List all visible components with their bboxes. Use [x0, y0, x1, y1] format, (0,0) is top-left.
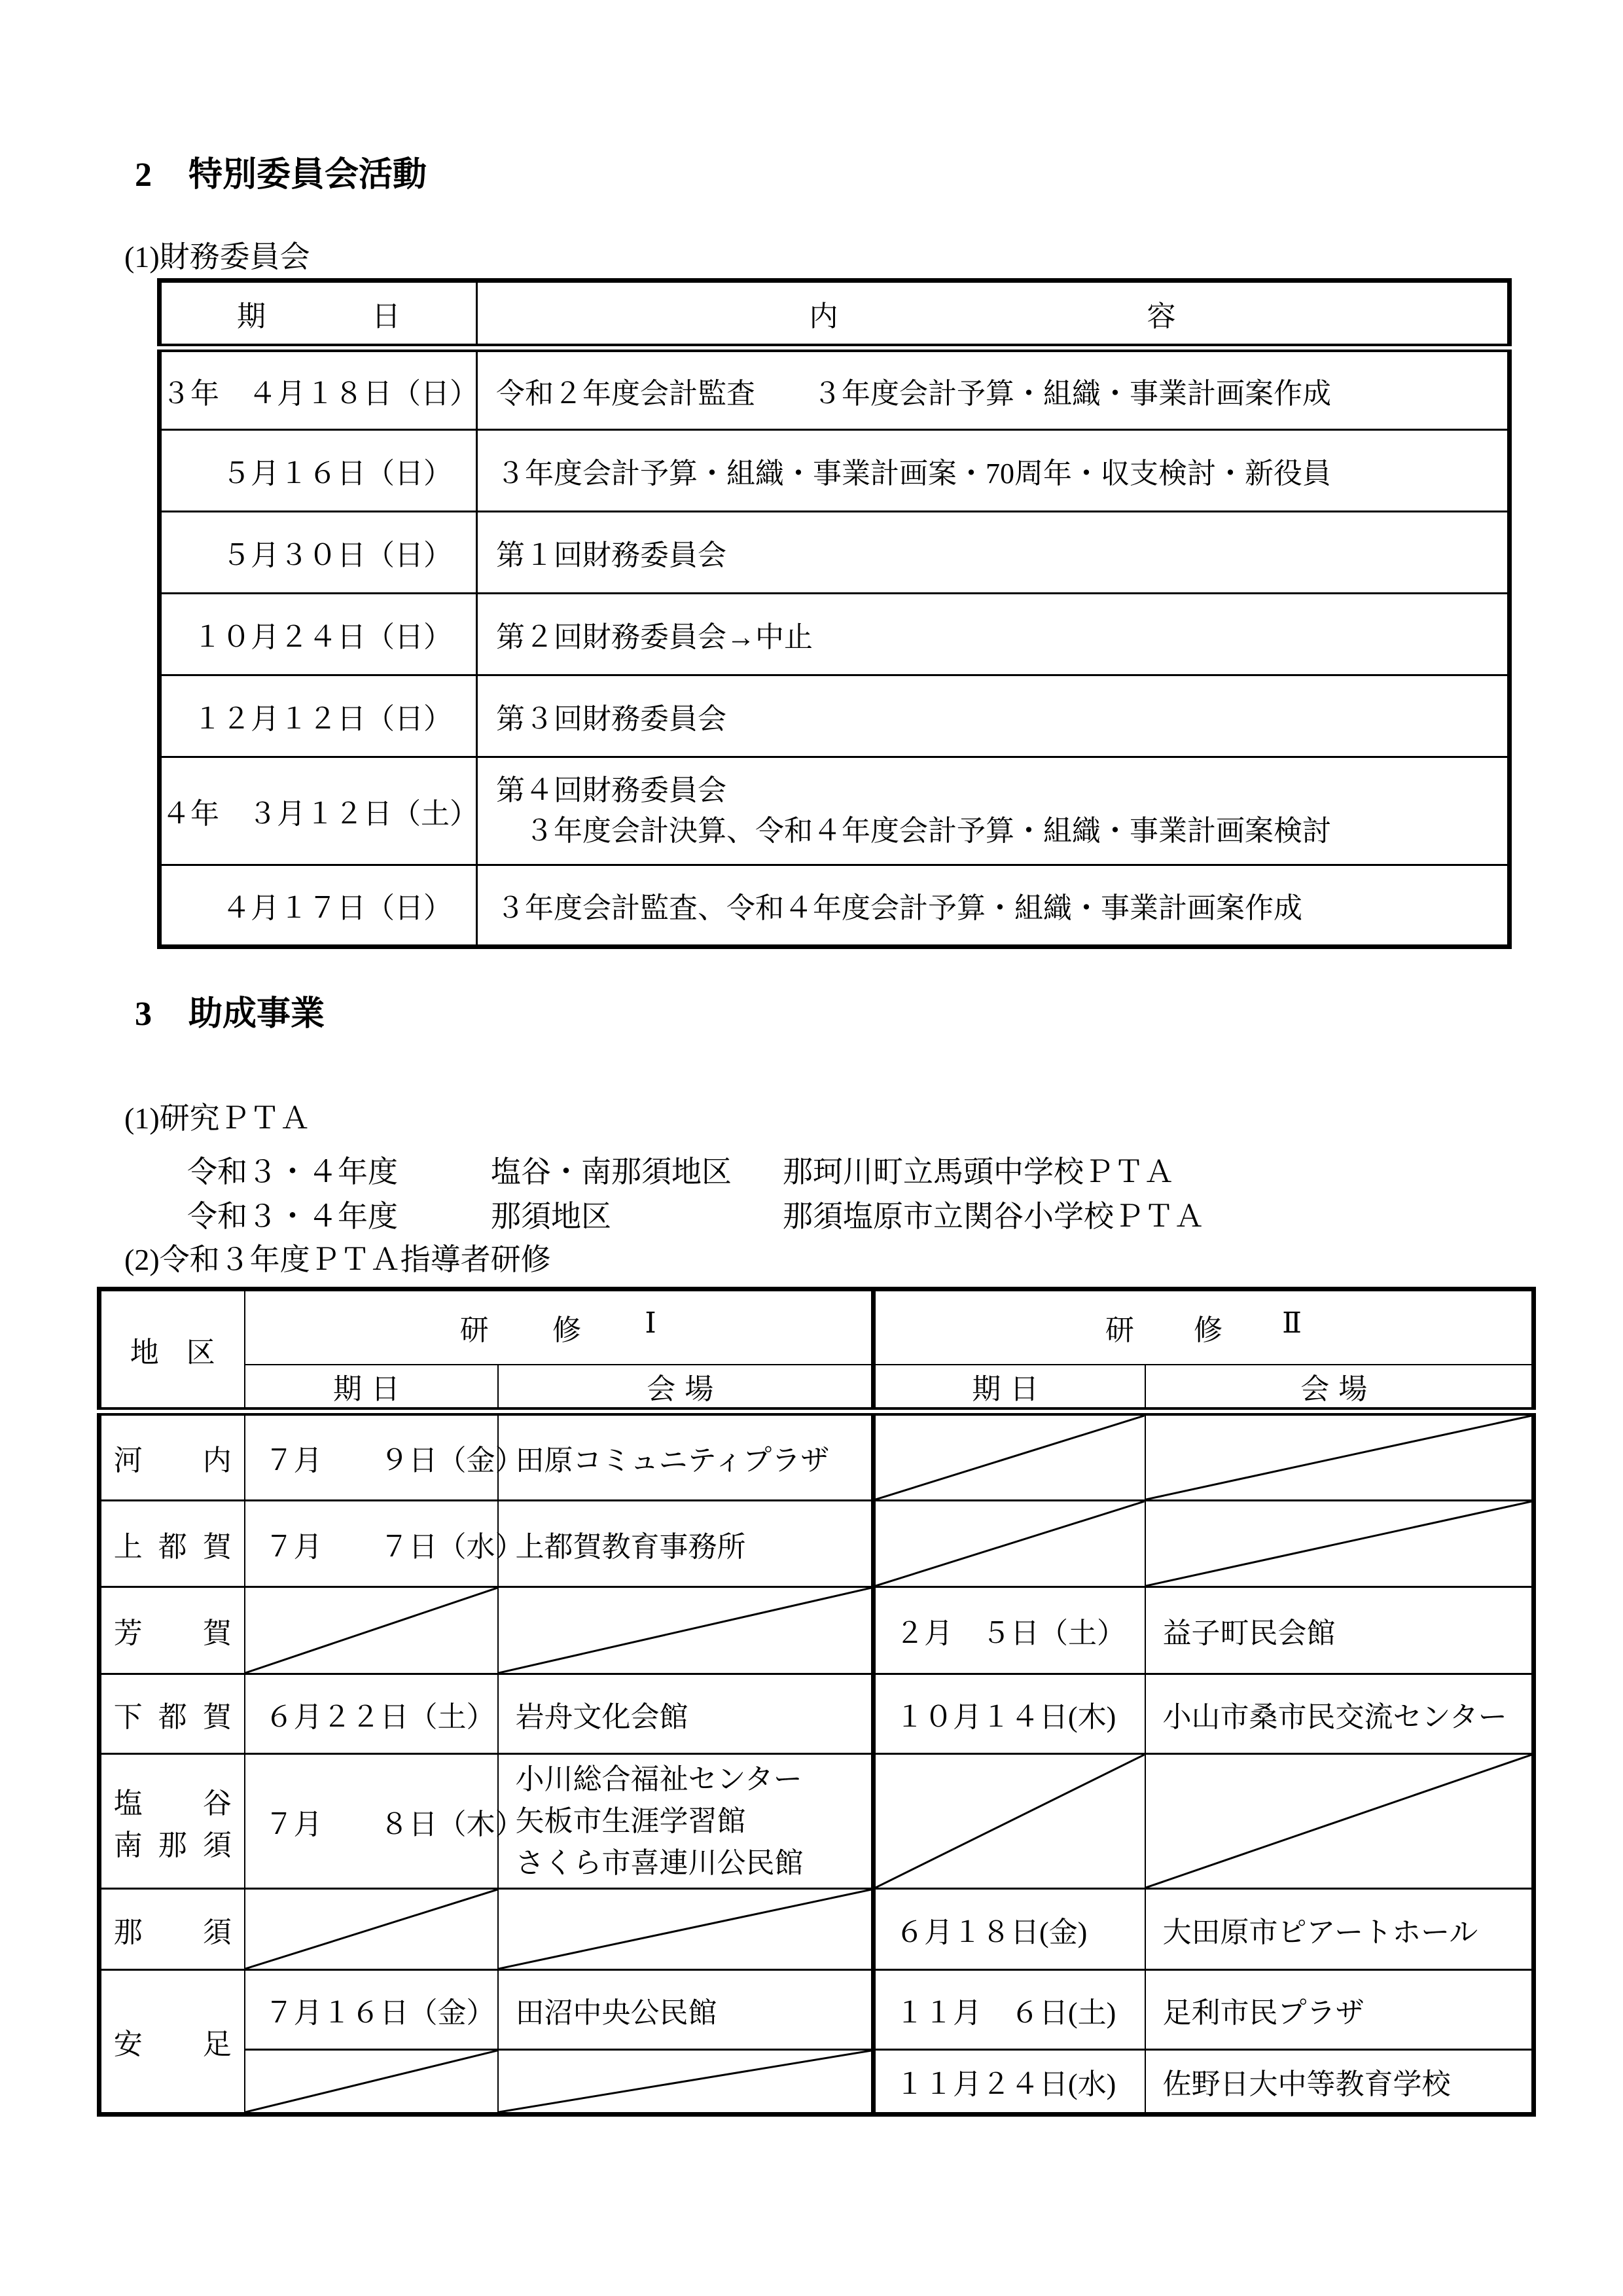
date-header-label: 期日 [237, 293, 401, 334]
meeting-content-cell: 第２回財務委員会→中止 [477, 594, 1510, 675]
training2-date-cell: ２月 ５日（土） [874, 1587, 1145, 1674]
district-cell: 河内 [99, 1412, 245, 1501]
table-row: ５月１６日（日） ３年度会計予算・組織・事業計画案・70周年・収支検討・新役員 [160, 430, 1510, 512]
training1-venue-cell [498, 1587, 874, 1674]
training2-date-cell [874, 1412, 1145, 1501]
date-subheader-cell: 期日 [245, 1365, 498, 1412]
table-row: 河内 ７月 ９日（金） 田原コミュニティプラザ [99, 1412, 1534, 1501]
research-pta-label: (1)研究ＰＴＡ [124, 1094, 310, 1138]
section-2-number: 2 [135, 156, 152, 194]
diagonal-slash [876, 1755, 1145, 1888]
meeting-date-cell: ３年 ４月１８日（日） [160, 348, 477, 430]
training2-date-cell: １１月２４日(水) [874, 2050, 1145, 2115]
training1-venue-cell: 田沼中央公民館 [498, 1970, 874, 2050]
training1-header-label: 研修Ⅰ [460, 1306, 656, 1348]
meeting-date-cell: ４月１７日（日） [160, 865, 477, 947]
district-cell: 塩谷 南那須 [99, 1754, 245, 1889]
training-label: (2)令和３年度ＰＴＡ指導者研修 [124, 1236, 551, 1279]
training2-venue-cell: 益子町民会館 [1145, 1587, 1534, 1674]
table-row: ５月３０日（日） 第１回財務委員会 [160, 512, 1510, 594]
district-label: 安足 [114, 2020, 232, 2062]
table-row: 安足 ７月１６日（金） 田沼中央公民館 １１月 ６日(土) 足利市民プラザ [99, 1970, 1534, 2050]
district-cell: 那須 [99, 1889, 245, 1970]
meeting-content-cell: 第４回財務委員会 ３年度会計決算、令和４年度会計予算・組織・事業計画案検討 [477, 757, 1510, 865]
diagonal-slash [245, 1588, 497, 1673]
table-row: １２月１２日（日） 第３回財務委員会 [160, 675, 1510, 757]
diagonal-slash [499, 2051, 872, 2112]
training2-date-cell [874, 1754, 1145, 1889]
district-cell: 上都賀 [99, 1501, 245, 1587]
meeting-content-cell: 第３回財務委員会 [477, 675, 1510, 757]
training1-date-cell: ７月 ９日（金） [245, 1412, 498, 1501]
table-row: ３年 ４月１８日（日） 令和２年度会計監査 ３年度会計予算・組織・事業計画案作成 [160, 348, 1510, 430]
training1-date-cell [245, 2050, 498, 2115]
section-2-heading: 2特別委員会活動 [135, 147, 427, 196]
training1-venue-cell [498, 1889, 874, 1970]
meeting-content-cell: ３年度会計監査、令和４年度会計予算・組織・事業計画案作成 [477, 865, 1510, 947]
training1-date-cell: ７月 ８日（木） [245, 1754, 498, 1889]
table-row: 塩谷 南那須 ７月 ８日（木） 小川総合福祉センター 矢板市生涯学習館 さくら市… [99, 1754, 1534, 1889]
training1-date-cell: ６月２２日（土） [245, 1674, 498, 1754]
training1-venue-cell: 田原コミュニティプラザ [498, 1412, 874, 1501]
diagonal-slash [1146, 1416, 1532, 1499]
document-page: 2特別委員会活動 (1)財務委員会 期日 内容 ３年 ４月１８日（日） 令和２年… [0, 0, 1623, 2296]
training1-venue-cell: 上都賀教育事務所 [498, 1501, 874, 1587]
meeting-date-cell: ４年 ３月１２日（土） [160, 757, 477, 865]
content-header-cell: 内容 [477, 281, 1510, 348]
district-label: 上都賀 [114, 1523, 232, 1565]
district-header-cell: 地区 [99, 1289, 245, 1412]
meeting-content-line: 第４回財務委員会 [496, 770, 1507, 811]
training2-venue-cell: 大田原市ピアートホール [1145, 1889, 1534, 1970]
research-school: 那珂川町立馬頭中学校ＰＴＡ [783, 1148, 1174, 1191]
diagonal-slash [499, 1890, 872, 1969]
meeting-date-cell: ５月１６日（日） [160, 430, 477, 512]
training2-venue-cell: 佐野日大中等教育学校 [1145, 2050, 1534, 2115]
district-header-label: 地区 [130, 1329, 215, 1371]
meeting-date-cell: １０月２４日（日） [160, 594, 477, 675]
diagonal-slash [245, 2051, 497, 2112]
diagonal-slash [876, 1501, 1145, 1586]
district-label: 那須 [114, 1909, 232, 1950]
venue-subheader-cell: 会場 [498, 1365, 874, 1412]
research-pta-row: 令和３・４年度 塩谷・南那須地区 那珂川町立馬頭中学校ＰＴＡ [187, 1148, 1174, 1191]
finance-committee-table: 期日 内容 ３年 ４月１８日（日） 令和２年度会計監査 ３年度会計予算・組織・事… [157, 278, 1512, 949]
meeting-content-cell: 令和２年度会計監査 ３年度会計予算・組織・事業計画案作成 [477, 348, 1510, 430]
district-label: 河内 [114, 1437, 232, 1479]
diagonal-slash [499, 1588, 872, 1673]
section-3-number: 3 [135, 996, 152, 1033]
research-district: 那須地区 [491, 1193, 783, 1236]
finance-header-row: 期日 内容 [160, 281, 1510, 348]
district-cell: 安足 [99, 1970, 245, 2115]
district-label: 塩谷 [114, 1780, 232, 1821]
diagonal-slash [876, 1416, 1145, 1499]
training2-header-label: 研修Ⅱ [1105, 1306, 1302, 1348]
content-header-label: 内容 [810, 293, 1176, 334]
venue-line: 小川総合福祉センター [516, 1759, 872, 1801]
training1-venue-cell: 岩舟文化会館 [498, 1674, 874, 1754]
table-row: ４月１７日（日） ３年度会計監査、令和４年度会計予算・組織・事業計画案作成 [160, 865, 1510, 947]
training2-venue-cell [1145, 1501, 1534, 1587]
venue-line: 矢板市生涯学習館 [516, 1801, 872, 1842]
training2-date-cell [874, 1501, 1145, 1587]
table-row: 芳賀 ２月 ５日（土） 益子町民会館 [99, 1587, 1534, 1674]
diagonal-slash [1146, 1755, 1532, 1888]
research-school: 那須塩原市立関谷小学校ＰＴＡ [783, 1193, 1204, 1236]
meeting-content-line: ３年度会計決算、令和４年度会計予算・組織・事業計画案検討 [496, 811, 1507, 852]
meeting-content-cell: ３年度会計予算・組織・事業計画案・70周年・収支検討・新役員 [477, 430, 1510, 512]
table-row: １０月２４日（日） 第２回財務委員会→中止 [160, 594, 1510, 675]
training2-header-cell: 研修Ⅱ [874, 1289, 1534, 1365]
table-row: 下都賀 ６月２２日（土） 岩舟文化会館 １０月１４日(木) 小山市桑市民交流セン… [99, 1674, 1534, 1754]
date-header-cell: 期日 [160, 281, 477, 348]
finance-committee-label: (1)財務委員会 [124, 233, 310, 276]
training2-venue-cell [1145, 1754, 1534, 1889]
venue-subheader-cell: 会場 [1145, 1365, 1534, 1412]
training2-date-cell: １１月 ６日(土) [874, 1970, 1145, 2050]
training2-venue-cell: 小山市桑市民交流センター [1145, 1674, 1534, 1754]
section-3-title: 助成事業 [188, 996, 325, 1033]
training1-venue-cell: 小川総合福祉センター 矢板市生涯学習館 さくら市喜連川公民館 [498, 1754, 874, 1889]
training1-date-cell [245, 1587, 498, 1674]
research-district: 塩谷・南那須地区 [491, 1148, 783, 1191]
research-period: 令和３・４年度 [187, 1148, 491, 1191]
training-group-header-row: 地区 研修Ⅰ 研修Ⅱ [99, 1289, 1534, 1365]
meeting-date-cell: １２月１２日（日） [160, 675, 477, 757]
table-row: １１月２４日(水) 佐野日大中等教育学校 [99, 2050, 1534, 2115]
training2-venue-cell: 足利市民プラザ [1145, 1970, 1534, 2050]
district-label: 下都賀 [114, 1693, 232, 1735]
date-subheader-cell: 期日 [874, 1365, 1145, 1412]
training2-venue-cell [1145, 1412, 1534, 1501]
training2-date-cell: ６月１８日(金) [874, 1889, 1145, 1970]
training2-date-cell: １０月１４日(木) [874, 1674, 1145, 1754]
table-row: 那須 ６月１８日(金) 大田原市ピアートホール [99, 1889, 1534, 1970]
district-label: 南那須 [114, 1821, 232, 1863]
meeting-content-cell: 第１回財務委員会 [477, 512, 1510, 594]
research-period: 令和３・４年度 [187, 1193, 491, 1236]
diagonal-slash [1146, 1501, 1532, 1586]
district-cell: 下都賀 [99, 1674, 245, 1754]
diagonal-slash [245, 1890, 497, 1969]
training-subheader-row: 期日 会場 期日 会場 [99, 1365, 1534, 1412]
meeting-date-cell: ５月３０日（日） [160, 512, 477, 594]
training1-header-cell: 研修Ⅰ [245, 1289, 874, 1365]
district-cell: 芳賀 [99, 1587, 245, 1674]
training1-date-cell: ７月１６日（金） [245, 1970, 498, 2050]
section-2-title: 特別委員会活動 [188, 156, 427, 194]
venue-line: さくら市喜連川公民館 [516, 1842, 872, 1884]
research-pta-row: 令和３・４年度 那須地区 那須塩原市立関谷小学校ＰＴＡ [187, 1193, 1204, 1236]
training1-date-cell [245, 1889, 498, 1970]
training-table: 地区 研修Ⅰ 研修Ⅱ 期日 会場 期日 会場 河内 ７月 ９日（金） 田原コミュ… [97, 1287, 1536, 2117]
section-3-heading: 3助成事業 [135, 986, 325, 1035]
table-row: 上都賀 ７月 ７日（水） 上都賀教育事務所 [99, 1501, 1534, 1587]
table-row: ４年 ３月１２日（土） 第４回財務委員会 ３年度会計決算、令和４年度会計予算・組… [160, 757, 1510, 865]
training1-date-cell: ７月 ７日（水） [245, 1501, 498, 1587]
district-label: 芳賀 [114, 1609, 232, 1651]
training1-venue-cell [498, 2050, 874, 2115]
